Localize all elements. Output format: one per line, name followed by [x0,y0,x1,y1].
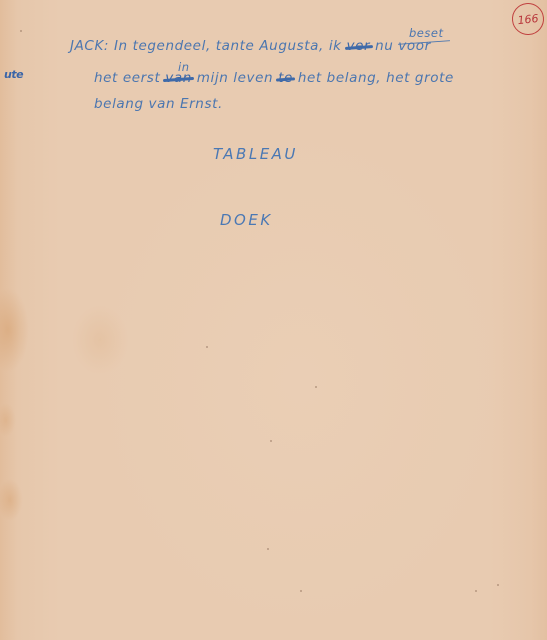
line-1-text-before: In tegendeel, tante Augusta, ik [114,38,342,54]
paper-speck [300,590,302,592]
margin-note: ute [4,68,23,81]
line-3-text: belang van Ernst. [94,96,223,112]
dialogue-line-3: belang van Ernst. [94,96,223,112]
page-number-text: 166 [517,11,539,26]
line-1-text-after: nu voor [375,38,431,54]
paper-speck [270,440,272,442]
insertion-above-line-2: in [178,60,189,74]
page-number: 166 [510,1,545,36]
manuscript-page: 166 ute JACK: In tegendeel, tante August… [0,0,547,640]
line-2-text-before: het eerst [94,70,160,86]
paper-speck [315,386,317,388]
paper-speck [497,584,499,586]
insertion-above-line-1: beset [409,26,443,40]
stage-direction-tableau: TABLEAU [213,145,298,163]
stage-direction-curtain: DOEK [220,211,273,229]
paper-speck [20,30,22,32]
speaker-name: JACK: [70,38,109,54]
struck-word: te [278,70,293,86]
line-2-text-after: het belang, het grote [298,70,454,86]
struck-word: ver [347,38,371,54]
paper-speck [475,590,477,592]
dialogue-line-2: het eerst van mijn leven te het belang, … [94,70,454,86]
line-2-text-middle: mijn leven [197,70,273,86]
paper-speck [267,548,269,550]
dialogue-line-1: JACK: In tegendeel, tante Augusta, ik ve… [70,38,431,54]
paper-speck [206,346,208,348]
